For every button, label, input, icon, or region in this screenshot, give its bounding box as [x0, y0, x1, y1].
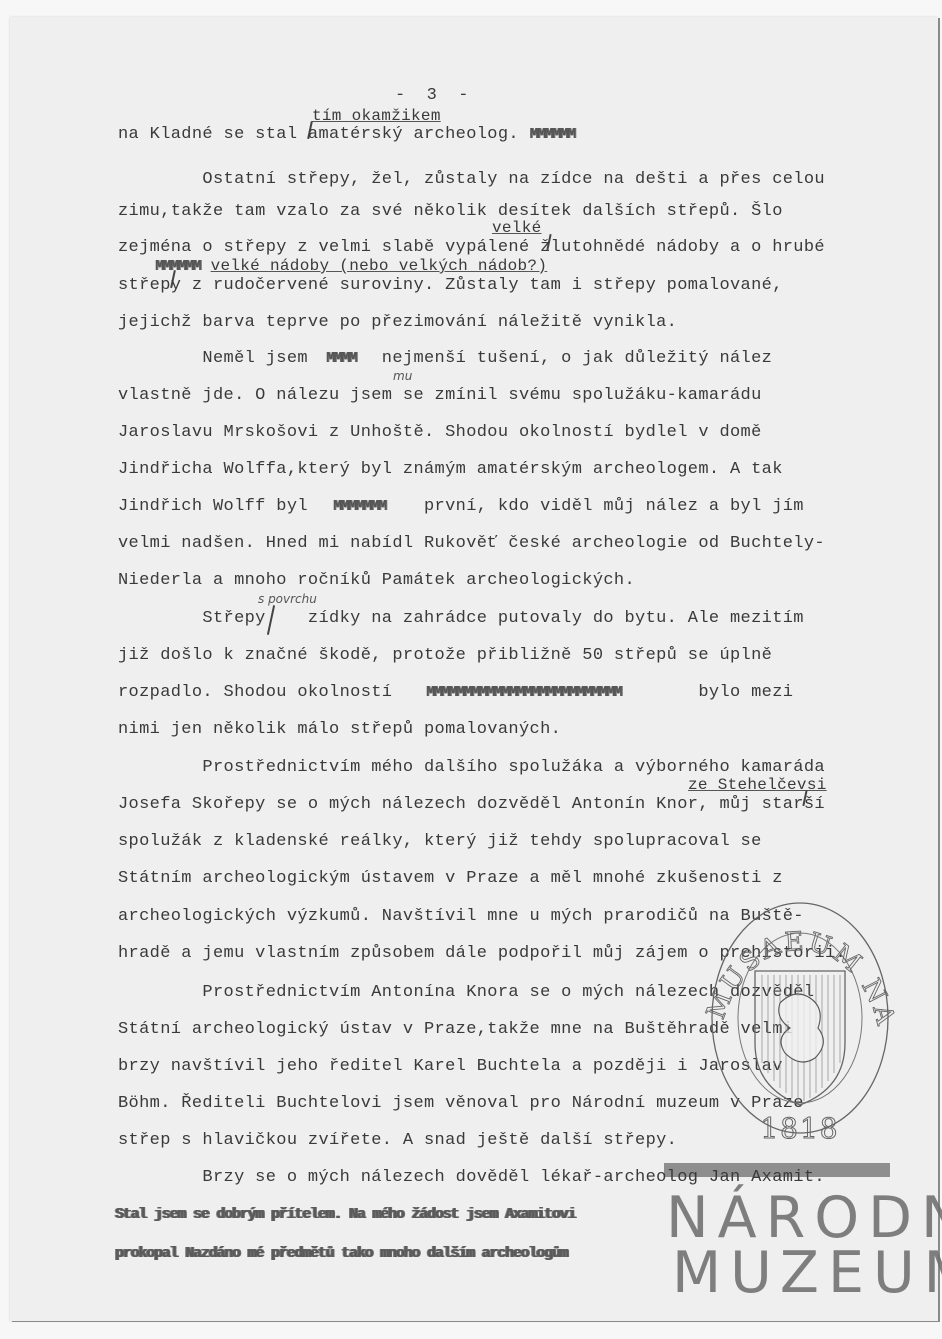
- watermark-narodni: NÁRODNÍ: [666, 1188, 942, 1248]
- text-line: velmi nadšen. Hned mi nabídl Rukověť čes…: [118, 534, 825, 554]
- overtyped-mark: MMMMMM: [530, 125, 575, 145]
- overtyped-mark: MMMMMMMMMMMMMMMMMMMMMMMMMM: [426, 684, 621, 701]
- text-line: Jaroslavu Mrskošovi z Unhoště. Shodou ok…: [118, 423, 762, 443]
- museum-seal-stamp: MUSAEUM NATIONALE 1818: [700, 893, 900, 1143]
- watermark-muzeum: MUZEUM: [672, 1243, 942, 1303]
- text-line: brzy navštívil jeho ředitel Karel Buchte…: [118, 1057, 783, 1077]
- text-line: zimu,takže tam vzalo za své několik desí…: [118, 202, 783, 222]
- text-line: Prostřednictvím mého dalšího spolužáka a…: [118, 758, 825, 778]
- text-line: Střepy zídky na zahrádce putovaly do byt…: [118, 609, 804, 629]
- text-line: Jindřicha Wolffa,který byl známým amatér…: [118, 460, 783, 480]
- text-line: Niederla a mnoho ročníků Památek archeol…: [118, 571, 635, 591]
- handwritten-insertion-s-povrchu: s povrchu: [258, 592, 317, 606]
- typed-insertion-tim-okamzikem: tím okamžikem: [312, 107, 441, 125]
- text-line: Státním archeologickým ústavem v Praze a…: [118, 869, 783, 889]
- struck-out-line: Stal jsem se dobrým přítelem. Na mého žá…: [115, 1206, 575, 1224]
- struck-out-line: prokopal Nazdáno mé předmětů tako mnoho …: [115, 1245, 568, 1263]
- text-line: spolužák z kladenské reálky, který již t…: [118, 832, 762, 852]
- text-line: Ostatní střepy, žel, zůstaly na zídce na…: [118, 170, 825, 190]
- text-line: na Kladné se stal amatérský archeolog. M…: [118, 125, 575, 145]
- text-line: zejména o střepy z velmi slabě vypálené …: [118, 238, 825, 258]
- text-line: střep s hlavičkou zvířete. A snad ještě …: [118, 1131, 677, 1151]
- overtyped-mark: MMMM: [326, 350, 356, 367]
- text-line: Neměl jsem nejmenší tušení, o jak důleži…: [118, 349, 772, 369]
- stamp-year: 1818: [760, 1112, 839, 1143]
- text-line: vlastně jde. O nálezu jsem se zmínil své…: [118, 386, 762, 406]
- page-number: - 3 -: [395, 86, 469, 106]
- text-line: Jindřich Wolff byl první, kdo viděl můj …: [118, 497, 804, 517]
- text-line: již došlo k značné škodě, protože přibli…: [118, 646, 772, 666]
- text-line: jejichž barva teprve po přezimování nále…: [118, 313, 677, 333]
- text-line-insertion: MMMMMM velké nádoby (nebo velkých nádob?…: [155, 256, 547, 277]
- typed-insertion-velke-nadoby: velké nádoby (nebo velkých nádob?): [211, 257, 548, 275]
- overtyped-mark: MMMMMM: [155, 257, 200, 277]
- text-line: Josefa Skořepy se o mých nálezech dozvěd…: [118, 795, 825, 815]
- handwritten-insertion-mu: mu: [393, 369, 412, 383]
- text-line: střepy z rudočervené suroviny. Zůstaly t…: [118, 276, 783, 296]
- overtyped-mark: MMMMMMM: [333, 498, 386, 515]
- text-line: Státní archeologický ústav v Praze,takže…: [118, 1020, 793, 1040]
- text-line: nimi jen několik málo střepů pomalovanýc…: [118, 720, 561, 740]
- typed-insertion-velke: velké: [492, 219, 542, 237]
